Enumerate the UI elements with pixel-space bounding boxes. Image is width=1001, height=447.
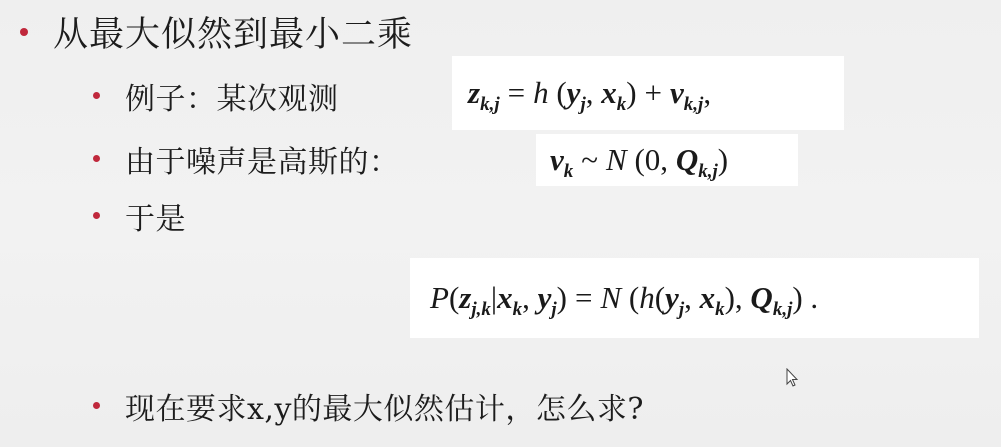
main-bullet-text: 从最大似然到最小二乘 [53, 7, 413, 57]
bullet-main-title: 从最大似然到最小二乘 [53, 10, 413, 54]
sub-bullet-text: 由于噪声是高斯的： [125, 137, 400, 181]
slide: 从最大似然到最小二乘 例子：某次观测 由于噪声是高斯的： 于是 zk,j=h (… [0, 0, 1001, 447]
formula-observation-text: zk,j=h (yj, xk)+vk,j, [468, 75, 711, 111]
sub-bullet-text: 例子：某次观测 [125, 74, 339, 118]
bullet-dot-icon [20, 28, 28, 36]
sub-bullet-text: 于是 [125, 194, 186, 238]
formula-noise-text: vk~N (0, Qk,j) [550, 142, 728, 178]
sub-bullet-text: 现在要求x,y的最大似然估计，怎么求? [125, 384, 644, 428]
sub-bullet-example: 例子：某次观测 [125, 76, 339, 116]
sub-bullet-therefore: 于是 [125, 196, 186, 236]
mouse-cursor-icon [786, 368, 800, 388]
bullet-dot-icon [93, 402, 100, 409]
formula-likelihood: P(zj,k|xk, yj)=N (h(yj, xk), Qk,j) . [410, 258, 979, 338]
sub-bullet-question: 现在要求x,y的最大似然估计，怎么求? [125, 386, 644, 426]
bullet-dot-icon [93, 212, 100, 219]
bullet-dot-icon [93, 92, 100, 99]
formula-observation: zk,j=h (yj, xk)+vk,j, [452, 56, 844, 130]
formula-noise: vk~N (0, Qk,j) [536, 134, 798, 186]
formula-likelihood-text: P(zj,k|xk, yj)=N (h(yj, xk), Qk,j) . [430, 280, 818, 316]
sub-bullet-gaussian: 由于噪声是高斯的： [125, 139, 400, 179]
bullet-dot-icon [93, 155, 100, 162]
